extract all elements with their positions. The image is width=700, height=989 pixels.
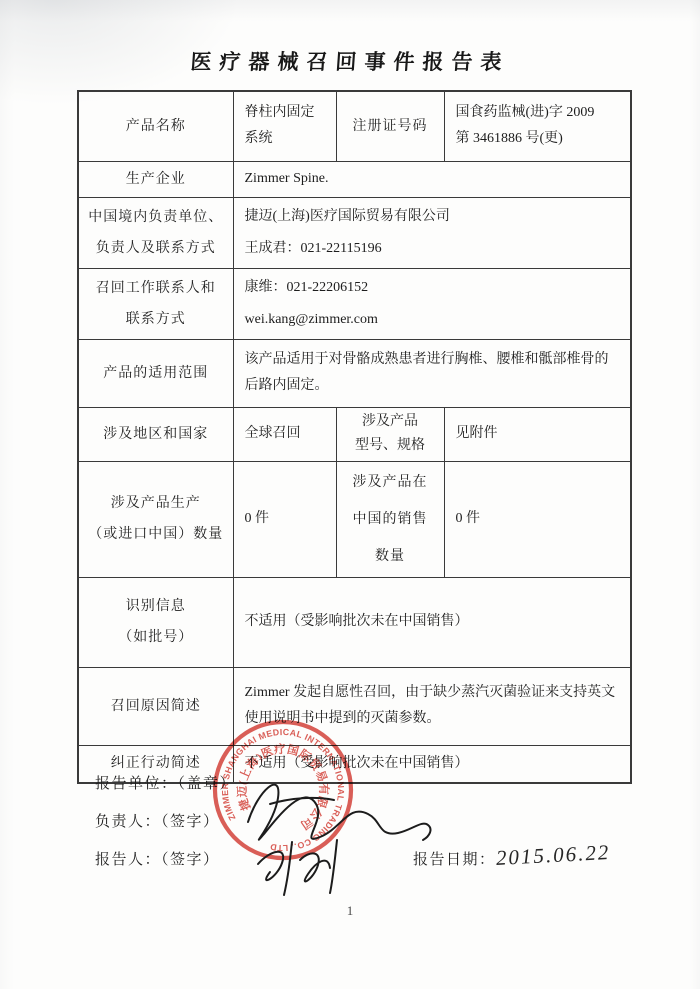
table-cell-value: 捷迈(上海)医疗国际贸易有限公司王成君：021-22115196 xyxy=(233,197,631,268)
table-cell-label: 产品名称 xyxy=(78,91,233,161)
cell-text: 产品的适用范围 xyxy=(83,358,229,389)
cell-text: 见附件 xyxy=(456,421,620,447)
cell-text: 型号、规格 xyxy=(341,434,440,458)
cell-text: 注册证号码 xyxy=(341,111,440,142)
table-cell-label: 涉及产品在中国的销售数量 xyxy=(336,461,444,577)
cell-text: 国食药监械(进)字 2009 xyxy=(456,100,620,126)
cell-text: 全球召回 xyxy=(245,421,325,447)
table-row: 中国境内负责单位、负责人及联系方式捷迈(上海)医疗国际贸易有限公司王成君：021… xyxy=(78,197,631,268)
table-cell-label: 涉及地区和国家 xyxy=(78,407,233,461)
table-cell-label: 涉及产品型号、规格 xyxy=(336,407,444,461)
cell-text: 不适用（受影响批次未在中国销售） xyxy=(245,609,620,635)
cell-text: 涉及产品生产 xyxy=(83,488,229,519)
cell-text: 中国的销售 xyxy=(341,501,440,538)
cell-text: 第 3461886 号(更) xyxy=(456,126,620,152)
cell-text: 生产企业 xyxy=(83,164,229,195)
table-cell-value: 全球召回 xyxy=(233,407,336,461)
signature-ink xyxy=(230,752,440,902)
table-cell-value: 0 件 xyxy=(444,461,631,577)
report-date: 报告日期：2015.06.22 xyxy=(413,845,610,870)
cell-text: 0 件 xyxy=(245,506,325,532)
cell-text: 涉及产品在 xyxy=(341,464,440,501)
cell-text: wei.kang@zimmer.com xyxy=(245,304,620,336)
cell-text: 该产品适用于对骨骼成熟患者进行胸椎、腰椎和骶部椎骨的后路内固定。 xyxy=(245,347,620,399)
cell-text: 负责人及联系方式 xyxy=(83,233,229,264)
table-cell-label: 涉及产品生产（或进口中国）数量 xyxy=(78,461,233,577)
report-date-handwritten: 2015.06.22 xyxy=(495,840,611,871)
table-cell-label: 召回工作联系人和联系方式 xyxy=(78,268,233,339)
cell-text: 王成君：021-22115196 xyxy=(245,233,620,265)
table-cell-label: 产品的适用范围 xyxy=(78,339,233,407)
cell-text: 涉及产品 xyxy=(341,410,440,434)
cell-text: 捷迈(上海)医疗国际贸易有限公司 xyxy=(245,201,620,233)
table-row: 产品的适用范围该产品适用于对骨骼成熟患者进行胸椎、腰椎和骶部椎骨的后路内固定。 xyxy=(78,339,631,407)
cell-text: Zimmer Spine. xyxy=(245,166,620,192)
form-title: 医疗器械召回事件报告表 xyxy=(0,46,700,76)
table-row: 产品名称脊柱内固定系统注册证号码国食药监械(进)字 2009第 3461886 … xyxy=(78,91,631,161)
table-cell-value: 国食药监械(进)字 2009第 3461886 号(更) xyxy=(444,91,631,161)
cell-text: 产品名称 xyxy=(83,111,229,142)
cell-text: 中国境内负责单位、 xyxy=(83,202,229,233)
table-cell-label: 中国境内负责单位、负责人及联系方式 xyxy=(78,197,233,268)
cell-text: 0 件 xyxy=(456,506,620,532)
table-row: 识别信息（如批号）不适用（受影响批次未在中国销售） xyxy=(78,577,631,667)
cell-text: 识别信息 xyxy=(83,591,229,622)
table-cell-label: 注册证号码 xyxy=(336,91,444,161)
table-cell-value: 脊柱内固定系统 xyxy=(233,91,336,161)
table-cell-label: 识别信息（如批号） xyxy=(78,577,233,667)
table-cell-value: 该产品适用于对骨骼成熟患者进行胸椎、腰椎和骶部椎骨的后路内固定。 xyxy=(233,339,631,407)
table-cell-value: 不适用（受影响批次未在中国销售） xyxy=(233,577,631,667)
cell-text: 脊柱内固定系统 xyxy=(245,100,325,152)
cell-text: （如批号） xyxy=(83,622,229,653)
table-row: 召回工作联系人和联系方式康维：021-22206152wei.kang@zimm… xyxy=(78,268,631,339)
table-row: 生产企业Zimmer Spine. xyxy=(78,161,631,197)
report-table: 产品名称脊柱内固定系统注册证号码国食药监械(进)字 2009第 3461886 … xyxy=(77,90,632,784)
table-cell-value: 康维：021-22206152wei.kang@zimmer.com xyxy=(233,268,631,339)
page-number: 1 xyxy=(0,903,700,919)
cell-text: 康维：021-22206152 xyxy=(245,272,620,304)
report-table-body: 产品名称脊柱内固定系统注册证号码国食药监械(进)字 2009第 3461886 … xyxy=(78,91,631,783)
cell-text: 召回工作联系人和 xyxy=(83,273,229,304)
cell-text: 联系方式 xyxy=(83,304,229,335)
table-cell-value: 见附件 xyxy=(444,407,631,461)
table-cell-value: Zimmer Spine. xyxy=(233,161,631,197)
cell-text: 数量 xyxy=(341,538,440,575)
cell-text: （或进口中国）数量 xyxy=(83,519,229,550)
cell-text: 涉及地区和国家 xyxy=(83,419,229,450)
table-row: 涉及产品生产（或进口中国）数量0 件涉及产品在中国的销售数量0 件 xyxy=(78,461,631,577)
table-cell-label: 生产企业 xyxy=(78,161,233,197)
table-row: 涉及地区和国家全球召回涉及产品型号、规格见附件 xyxy=(78,407,631,461)
table-cell-value: 0 件 xyxy=(233,461,336,577)
